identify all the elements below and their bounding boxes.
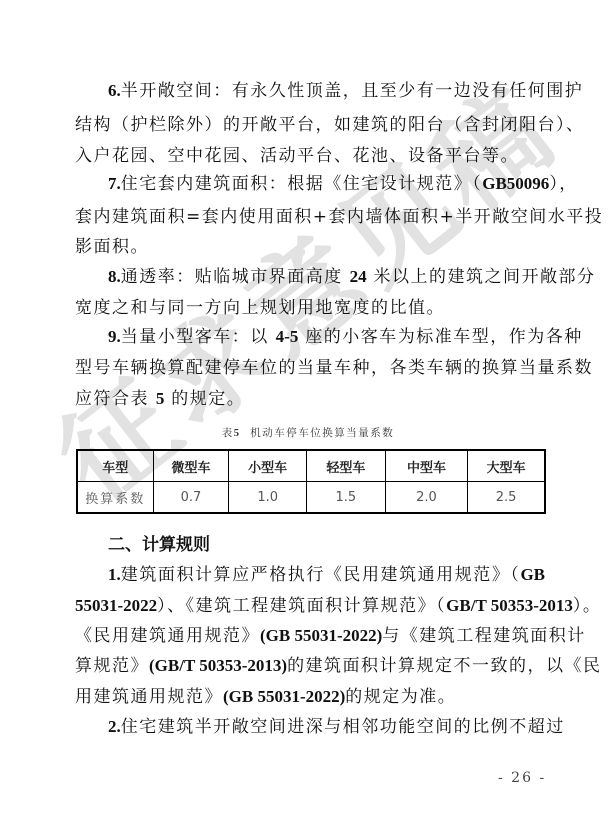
p6-line1: 6.半开敞空间：有永久性顶盖，且至少有一边没有任何围护: [108, 80, 545, 102]
table-header-row: 车型 微型车 小型车 轻型车 中型车 大型车: [77, 450, 545, 482]
value-small: 1.0: [229, 482, 307, 514]
p9-line2: 型号车辆换算配建停车位的当量车种，各类车辆的换算当量系数: [75, 357, 545, 379]
document-page: 征求意见稿 6.半开敞空间：有永久性顶盖，且至少有一边没有任何围护 结构（护栏除…: [0, 0, 616, 830]
value-light: 1.5: [307, 482, 386, 514]
table-row: 换算系数 0.7 1.0 1.5 2.0 2.5: [77, 482, 545, 514]
p7-line2: 套内建筑面积=套内使用面积+套内墙体面积+半开敞空间水平投: [75, 206, 545, 228]
parking-equivalent-table: 车型 微型车 小型车 轻型车 中型车 大型车 换算系数 0.7 1.0 1.5 …: [76, 449, 546, 514]
value-micro: 0.7: [153, 482, 229, 514]
r1-line1: 1.建筑面积计算应严格执行《民用建筑通用规范》（GB: [108, 564, 545, 586]
section-heading: 二、计算规则: [108, 534, 210, 556]
p7-line3: 影面积。: [75, 236, 545, 258]
p6-line3: 入户花园、空中花园、活动平台、花池、设备平台等。: [75, 145, 505, 167]
header-medium: 中型车: [385, 450, 468, 482]
header-micro: 微型车: [153, 450, 229, 482]
p9-line3: 应符合表 5 的规定。: [75, 388, 545, 410]
p8-line1: 8.通透率：贴临城市界面高度 24 米以上的建筑之间开敞部分: [108, 266, 545, 288]
value-medium: 2.0: [385, 482, 468, 514]
row-label: 换算系数: [77, 482, 153, 514]
r1-line2: 55031-2022）、《建筑工程建筑面积计算规范》（GB/T 50353-20…: [75, 595, 545, 617]
r1-line3: 《民用建筑通用规范》(GB 55031-2022)与《建筑工程建筑面积计: [75, 625, 545, 647]
r1-line5: 用建筑通用规范》(GB 55031-2022)的规定为准。: [75, 686, 545, 708]
header-vehicle-type: 车型: [77, 450, 153, 482]
p6-line2: 结构（护栏除外）的开敞平台，如建筑的阳台（含封闭阳台）、: [75, 114, 545, 136]
header-small: 小型车: [229, 450, 307, 482]
r1-line4: 算规范》(GB/T 50353-2013)的建筑面积计算规定不一致的，以《民: [75, 655, 545, 677]
p7-line1: 7.住宅套内建筑面积：根据《住宅设计规范》（GB50096），: [108, 173, 545, 195]
p9-line1: 9.当量小型客车：以 4-5 座的小客车为标准车型，作为各种: [108, 326, 545, 348]
r2-line1: 2.住宅建筑半开敞空间进深与相邻功能空间的比例不超过: [108, 716, 545, 738]
page-number: - 26 -: [498, 770, 546, 786]
header-light: 轻型车: [307, 450, 386, 482]
header-large: 大型车: [468, 450, 545, 482]
p8-line2: 宽度之和与同一方向上规划用地宽度的比值。: [75, 297, 545, 319]
table-caption: 表5 机动车停车位换算当量系数: [0, 425, 616, 440]
value-large: 2.5: [468, 482, 545, 514]
